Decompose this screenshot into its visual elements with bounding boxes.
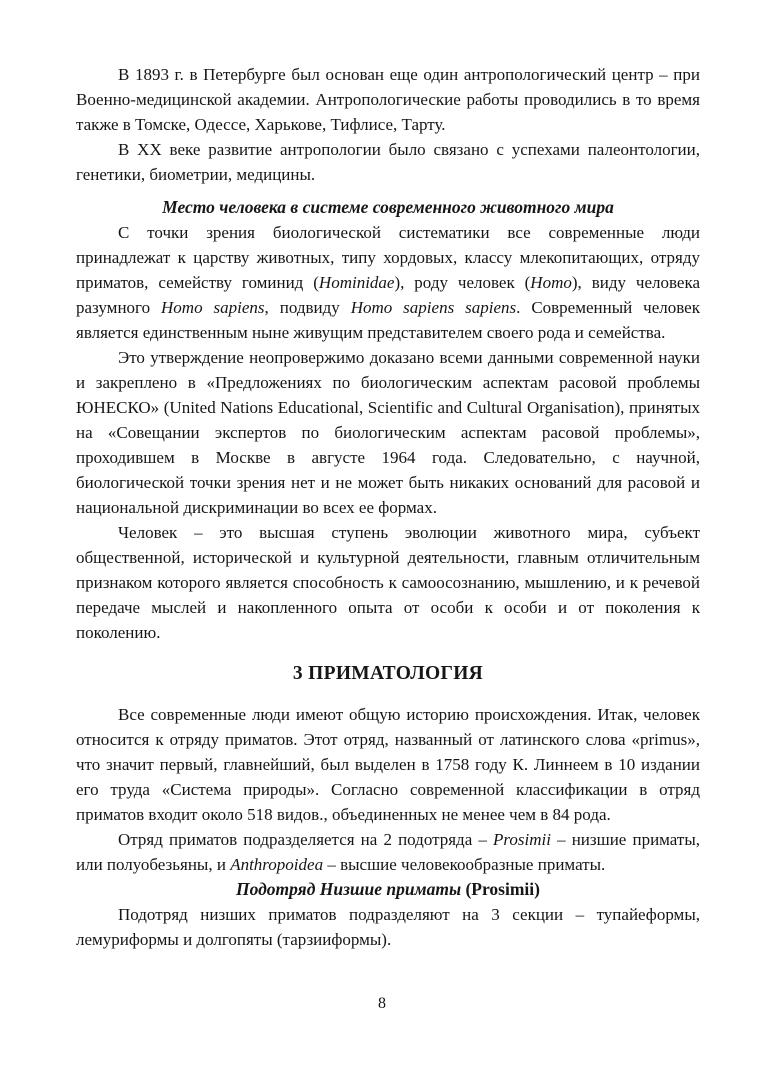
text-run: Подотряд Низшие приматы (236, 879, 465, 899)
text-run: В XX веке развитие антропологии было свя… (76, 140, 700, 184)
text-run: Homo sapiens sapiens (351, 298, 516, 317)
paragraph-primates-order: Все современные люди имеют общую историю… (76, 702, 700, 827)
page-content: В 1893 г. в Петербурге был основан еще о… (76, 62, 700, 952)
paragraph-petersburg-center: В 1893 г. в Петербурге был основан еще о… (76, 62, 700, 137)
paragraph-prosimii-sections: Подотряд низших приматов подразделяют на… (76, 902, 700, 952)
text-run: Место человека в системе современного жи… (162, 197, 614, 217)
text-run: (Prosimii) (465, 879, 540, 899)
section-heading-place-of-man: Место человека в системе современного жи… (76, 195, 700, 220)
paragraph-man-definition: Человек – это высшая ступень эволюции жи… (76, 520, 700, 645)
text-run: , подвиду (265, 298, 351, 317)
text-run: Отряд приматов подразделяется на 2 подот… (118, 830, 493, 849)
text-run: Hominidae (319, 273, 395, 292)
text-run: Homo (530, 273, 572, 292)
subheading-lower-primates: Подотряд Низшие приматы (Prosimii) (76, 877, 700, 902)
chapter-heading-primatology: 3 ПРИМАТОЛОГИЯ (76, 661, 700, 687)
text-run: ), роду человек ( (394, 273, 530, 292)
paragraph-biological-systematics: С точки зрения биологической систематики… (76, 220, 700, 345)
paragraph-xx-century: В XX веке развитие антропологии было свя… (76, 137, 700, 187)
text-run: Все современные люди имеют общую историю… (76, 705, 700, 824)
text-run: Anthropoidea (230, 855, 323, 874)
page-number: 8 (0, 994, 764, 1014)
text-run: Человек – это высшая ступень эволюции жи… (76, 523, 700, 642)
paragraph-unesco-statement: Это утверждение неопровержимо доказано в… (76, 345, 700, 520)
document-page: В 1893 г. в Петербурге был основан еще о… (0, 0, 764, 1080)
text-run: Prosimii (493, 830, 551, 849)
text-run: Подотряд низших приматов подразделяют на… (76, 905, 700, 949)
text-run: Homo sapiens (161, 298, 265, 317)
paragraph-two-suborders: Отряд приматов подразделяется на 2 подот… (76, 827, 700, 877)
text-run: В 1893 г. в Петербурге был основан еще о… (76, 65, 700, 134)
text-run: – высшие человекообразные приматы. (323, 855, 605, 874)
text-run: 3 ПРИМАТОЛОГИЯ (293, 663, 483, 684)
text-run: Это утверждение неопровержимо доказано в… (76, 348, 700, 517)
